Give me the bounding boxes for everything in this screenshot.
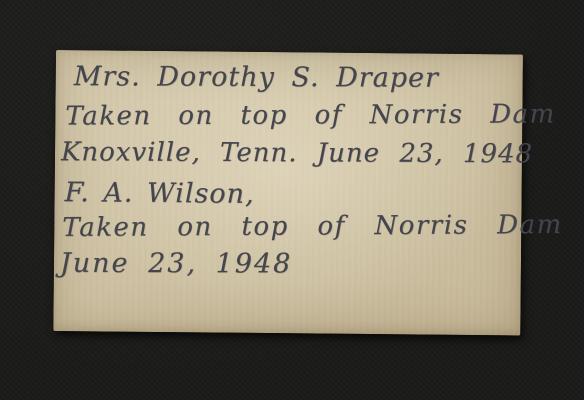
caption-line-1: Taken on top of Norris Dam xyxy=(65,99,556,131)
album-page: Mrs. Dorothy S. Draper Taken on top of N… xyxy=(0,0,584,400)
note-card: Mrs. Dorothy S. Draper Taken on top of N… xyxy=(53,50,523,335)
caption-line-2: Taken on top of Norris Dam xyxy=(62,210,563,243)
subject-name-line: Mrs. Dorothy S. Draper xyxy=(74,61,439,94)
second-subject-name-line: F. A. Wilson, xyxy=(64,177,254,210)
location-date-line: Knoxville, Tenn. June 23, 1948 xyxy=(61,137,533,169)
date-line: June 23, 1948 xyxy=(60,248,292,280)
